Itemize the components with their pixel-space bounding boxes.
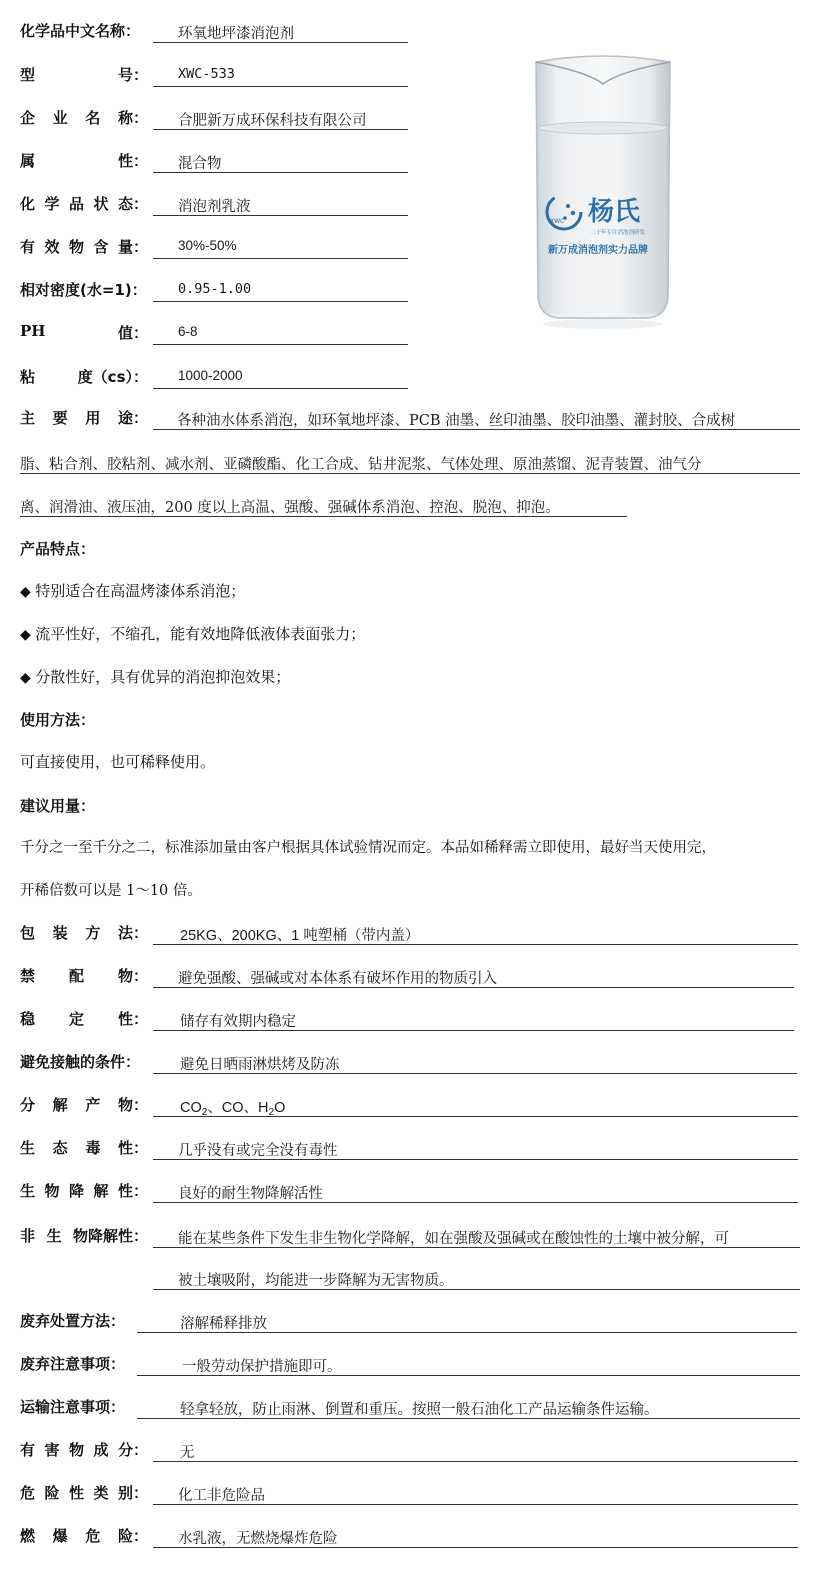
field-value: 化工非危险品 (178, 1484, 265, 1505)
dosage-line-1: 千分之一至千分之二，标准添加量由客户根据具体试验情况而定。本品如稀释需立即使用，… (20, 836, 716, 857)
field-label: 型号： (20, 64, 150, 85)
field-label: 废弃注意事项： (20, 1353, 125, 1374)
field-label: 稳定性： (20, 1008, 148, 1029)
main-use-line-3: 离、润滑油、液压油，200 度以上高温、强酸、强碱体系消泡、控泡、脱泡、抑泡。 (20, 496, 560, 517)
field-value: 轻拿轻放，防止雨淋、倒置和重压。按照一般石油化工产品运输条件运输。 (180, 1398, 659, 1419)
field-label: 粘度（cs）： (20, 366, 148, 387)
field-value-continued: 被土壤吸附，均能进一步降解为无害物质。 (178, 1269, 454, 1290)
field-value: 能在某些条件下发生非生物化学降解，如在强酸及强碱或在酸蚀性的土壤中被分解，可 (178, 1227, 729, 1248)
field-label: 避免接触的条件： (20, 1051, 140, 1072)
diamond-bullet-icon: ◆ (20, 670, 35, 686)
field-value: 良好的耐生物降解活性 (178, 1182, 323, 1203)
field-label: 主要用途： (20, 407, 148, 428)
field-value: 无 (180, 1441, 195, 1462)
field-value: 避免强酸、强碱或对本体系有破坏作用的物质引入 (178, 967, 497, 988)
field-label: 相对密度(水=1)： (20, 279, 147, 300)
field-label: 有害物成分： (20, 1439, 148, 1460)
field-label: 非生物降解性： (20, 1225, 148, 1246)
field-label: 分解产物： (20, 1094, 148, 1115)
field-label: 包装方法： (20, 922, 148, 943)
field-label: 化学品状态： (20, 193, 148, 214)
product-beaker-image: XWC 杨氏 二十年专注消泡剂研发 新万成消泡剂实力品牌 (528, 48, 678, 333)
main-use-line-1: 各种油水体系消泡，如环氧地坪漆、PCB 油墨、丝印油墨、胶印油墨、灌封胶、合成树 (177, 409, 735, 430)
field-value: 6-8 (178, 324, 198, 339)
field-value: 1000-2000 (178, 368, 243, 383)
field-value: CO2、CO、H2O (180, 1096, 285, 1118)
feature-item: ◆ 分散性好，具有优异的消泡抑泡效果； (20, 666, 290, 687)
field-label: 危险性类别： (20, 1482, 148, 1503)
field-label: 废弃处置方法： (20, 1310, 125, 1331)
field-label: 生物降解性： (20, 1180, 148, 1201)
field-label: 运输注意事项： (20, 1396, 125, 1417)
usage-text: 可直接使用，也可稀释使用。 (20, 751, 215, 772)
svg-text:XWC: XWC (550, 218, 564, 225)
field-label: 有效物含量： (20, 236, 148, 257)
dosage-line-2: 开稀倍数可以是 1～10 倍。 (20, 879, 202, 900)
usage-title: 使用方法： (20, 709, 95, 730)
field-value: 储存有效期内稳定 (180, 1010, 296, 1031)
svg-text:二十年专注消泡剂研发: 二十年专注消泡剂研发 (590, 228, 646, 236)
field-value: 一般劳动保护措施即可。 (182, 1355, 342, 1376)
field-label: PH值： (20, 322, 148, 343)
field-value: 水乳液，无燃烧爆炸危险 (178, 1527, 338, 1548)
diamond-bullet-icon: ◆ (20, 627, 35, 643)
field-label: 生态毒性： (20, 1137, 148, 1158)
field-value: 消泡剂乳液 (178, 195, 251, 216)
feature-item: ◆ 流平性好，不缩孔，能有效地降低液体表面张力； (20, 623, 365, 644)
field-label: 化学品中文名称： (20, 20, 140, 41)
field-label: 属性： (20, 150, 148, 171)
field-label: 燃爆危险： (20, 1525, 148, 1546)
field-value: 25KG、200KG、1 吨塑桶（带内盖） (180, 924, 419, 945)
field-value: 溶解稀释排放 (180, 1312, 267, 1333)
beaker-icon: XWC 杨氏 二十年专注消泡剂研发 新万成消泡剂实力品牌 (528, 48, 678, 333)
field-value: 合肥新万成环保科技有限公司 (178, 109, 367, 130)
features-title: 产品特点： (20, 538, 95, 559)
feature-item: ◆ 特别适合在高温烤漆体系消泡； (20, 580, 245, 601)
field-value: 30%-50% (178, 238, 237, 253)
field-value: 环氧地坪漆消泡剂 (178, 22, 294, 43)
main-use-line-2: 脂、粘合剂、胶粘剂、减水剂、亚磷酸酯、化工合成、钻井泥浆、气体处理、原油蒸馏、泥… (20, 453, 702, 474)
field-value: 0.95-1.00 (178, 281, 251, 297)
diamond-bullet-icon: ◆ (20, 584, 35, 600)
svg-text:杨氏: 杨氏 (588, 196, 641, 227)
field-value: XWC-533 (178, 66, 235, 82)
field-value: 避免日晒雨淋烘烤及防冻 (180, 1053, 340, 1074)
field-label: 企业名称： (20, 107, 148, 128)
field-label: 禁配物： (20, 965, 148, 986)
field-value: 混合物 (178, 152, 222, 173)
svg-text:新万成消泡剂实力品牌: 新万成消泡剂实力品牌 (548, 243, 648, 256)
dosage-title: 建议用量： (20, 795, 95, 816)
field-value: 几乎没有或完全没有毒性 (178, 1139, 338, 1160)
